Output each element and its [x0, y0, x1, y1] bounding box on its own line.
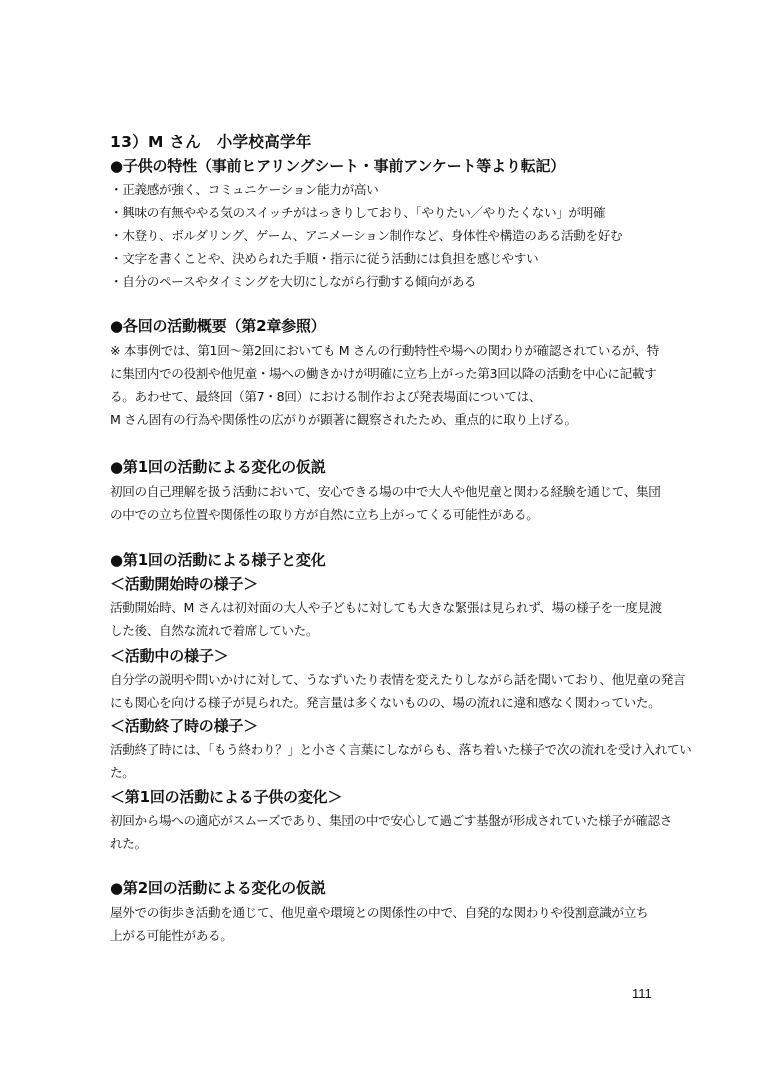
start-line: した後、自然な流れで着席していた。	[110, 621, 318, 641]
session1-hypothesis-heading: ●第1回の活動による変化の仮説	[110, 457, 326, 477]
change-line: 初回から場への適応がスムーズであり、集団の中で安心して過ごす基盤が形成されていた…	[110, 811, 672, 831]
during-line: にも関心を向ける様子が見られた。発言量は多くないものの、場の流れに違和感なく関わ…	[110, 693, 660, 713]
session2-hypothesis-heading: ●第2回の活動による変化の仮説	[110, 878, 326, 898]
characteristic-item: ・正義感が強く、コミュニケーション能力が高い	[110, 180, 378, 200]
during-subheading: ＜活動中の様子＞	[110, 646, 228, 666]
session1-hypothesis-line: の中での立ち位置や関係性の取り方が自然に立ち上がってくる可能性がある。	[110, 505, 539, 525]
characteristic-item: ・自分のペースやタイミングを大切にしながら行動する傾向がある	[110, 272, 476, 292]
end-line: 活動終了時には、「もう終わり？」と小さく言葉にしながらも、落ち着いた様子で次の流…	[110, 740, 691, 760]
overview-line: に集団内での役割や他児童・場への働きかけが明確に立ち上がった第3回以降の活動を中…	[110, 364, 656, 384]
overview-line: る。あわせて、最終回（第7・8回）における制作および発表場面については、	[110, 387, 541, 407]
overview-line: ※ 本事例では、第1回～第2回においても M さんの行動特性や場への関わりが確認…	[110, 341, 659, 361]
section-title: 13）M さん 小学校高学年	[110, 132, 312, 152]
characteristics-heading: ●子供の特性（事前ヒアリングシート・事前アンケート等より転記）	[110, 156, 565, 176]
end-subheading: ＜活動終了時の様子＞	[110, 716, 258, 736]
during-line: 自分学の説明や問いかけに対して、うなずいたり表情を変えたりしながら話を聞いており…	[110, 670, 685, 690]
overview-heading: ●各回の活動概要（第2章参照）	[110, 316, 326, 336]
page-number: 111	[632, 986, 652, 1001]
characteristic-item: ・文字を書くことや、決められた手順・指示に従う活動には負担を感じやすい	[110, 249, 538, 269]
session2-hypothesis-line: 上がる可能性がある。	[110, 926, 232, 946]
start-line: 活動開始時、M さんは初対面の大人や子どもに対しても大きな緊張は見られず、場の様…	[110, 598, 662, 618]
change-line: れた。	[110, 834, 147, 854]
change-subheading: ＜第1回の活動による子供の変化＞	[110, 787, 342, 807]
characteristic-item: ・興味の有無ややる気のスイッチがはっきりしており、「やりたい／やりたくない」が明…	[110, 203, 605, 223]
session1-observation-heading: ●第1回の活動による様子と変化	[110, 550, 326, 570]
characteristic-item: ・木登り、ボルダリング、ゲーム、アニメーション制作など、身体性や構造のある活動を…	[110, 226, 622, 246]
overview-line: M さん固有の行為や関係性の広がりが顕著に観察されたため、重点的に取り上げる。	[110, 410, 577, 430]
end-line: た。	[110, 763, 135, 783]
session1-hypothesis-line: 初回の自己理解を扱う活動において、安心できる場の中で大人や他児童と関わる経験を通…	[110, 482, 660, 502]
session2-hypothesis-line: 屋外での街歩き活動を通じて、他児童や環境との関係性の中で、自発的な関わりや役割意…	[110, 903, 648, 923]
start-subheading: ＜活動開始時の様子＞	[110, 574, 258, 594]
